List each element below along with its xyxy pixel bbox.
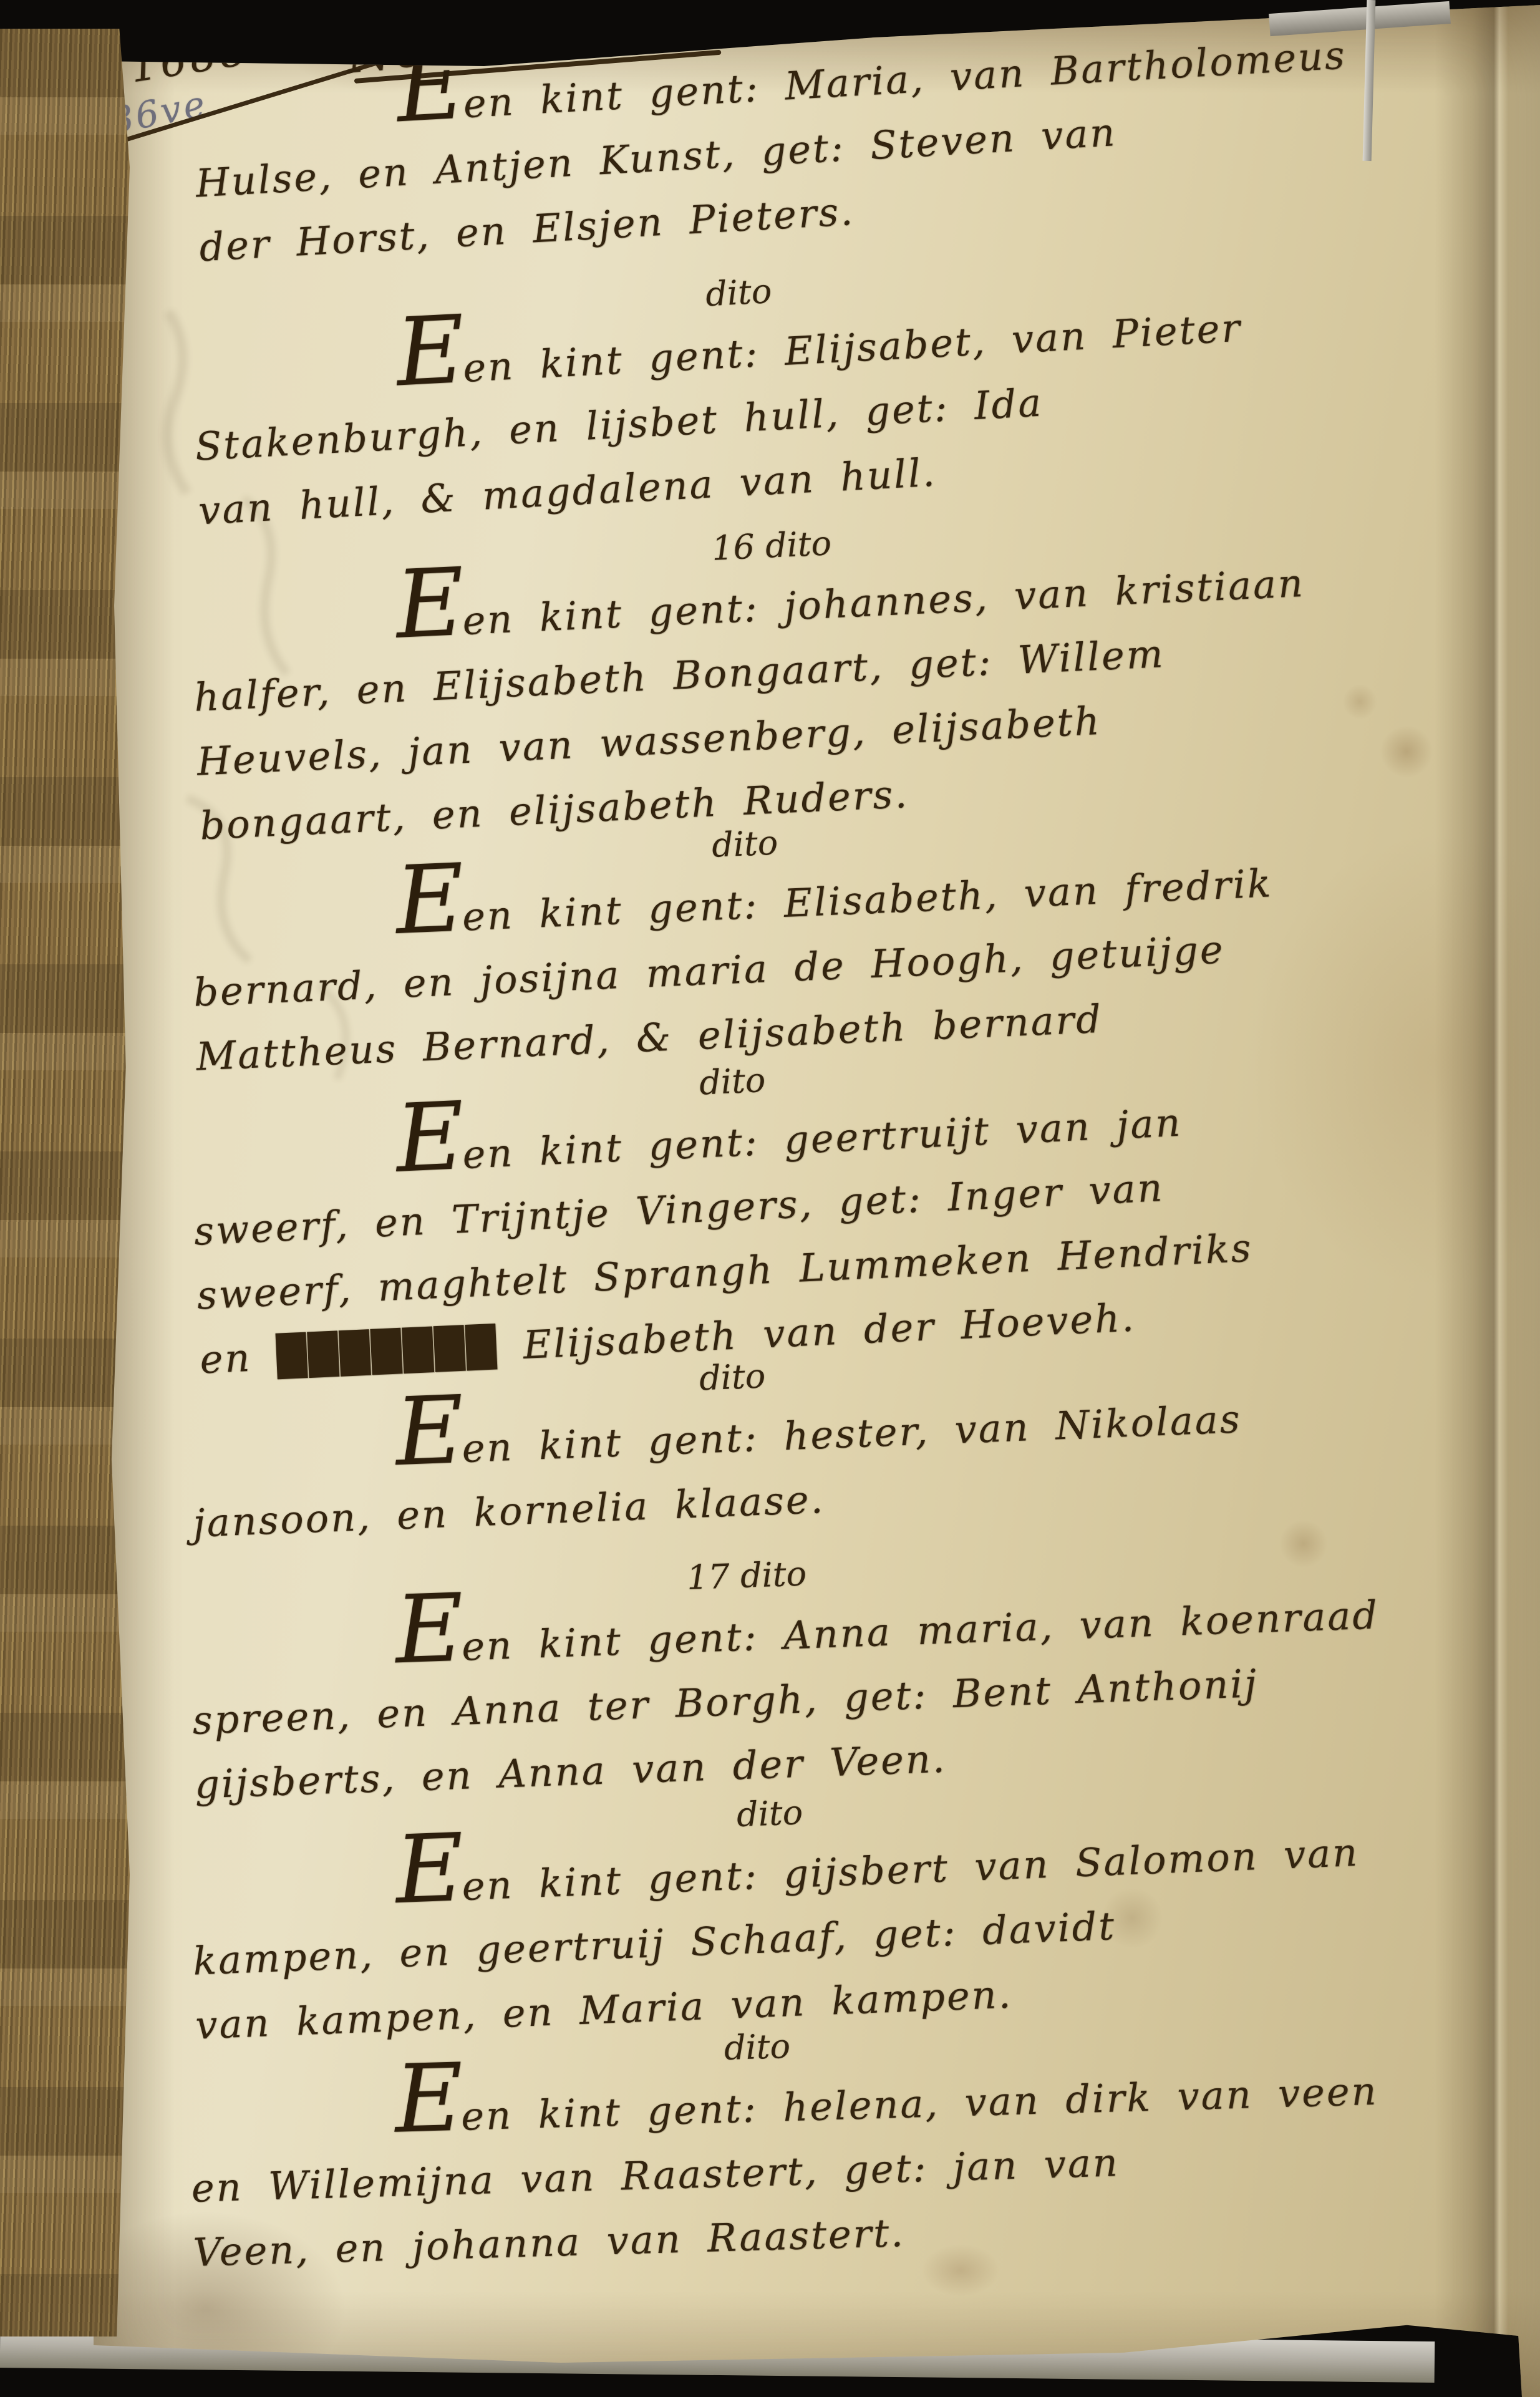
baptism-entries: 14 ditoEen kint gent: Maria, van Barthol… (187, 0, 1540, 2397)
baptism-entry-9: ditoEen kint gent: helena, van dirk van … (187, 1997, 1540, 2284)
gutter-fold-shadow (1435, 0, 1540, 2397)
manuscript-page: 1688 86ve Novemb 14 ditoEen kint gent: M… (94, 0, 1540, 2397)
book-fore-edge-pages (0, 29, 130, 2336)
photograph-background: 1688 86ve Novemb 14 ditoEen kint gent: M… (0, 0, 1540, 2397)
